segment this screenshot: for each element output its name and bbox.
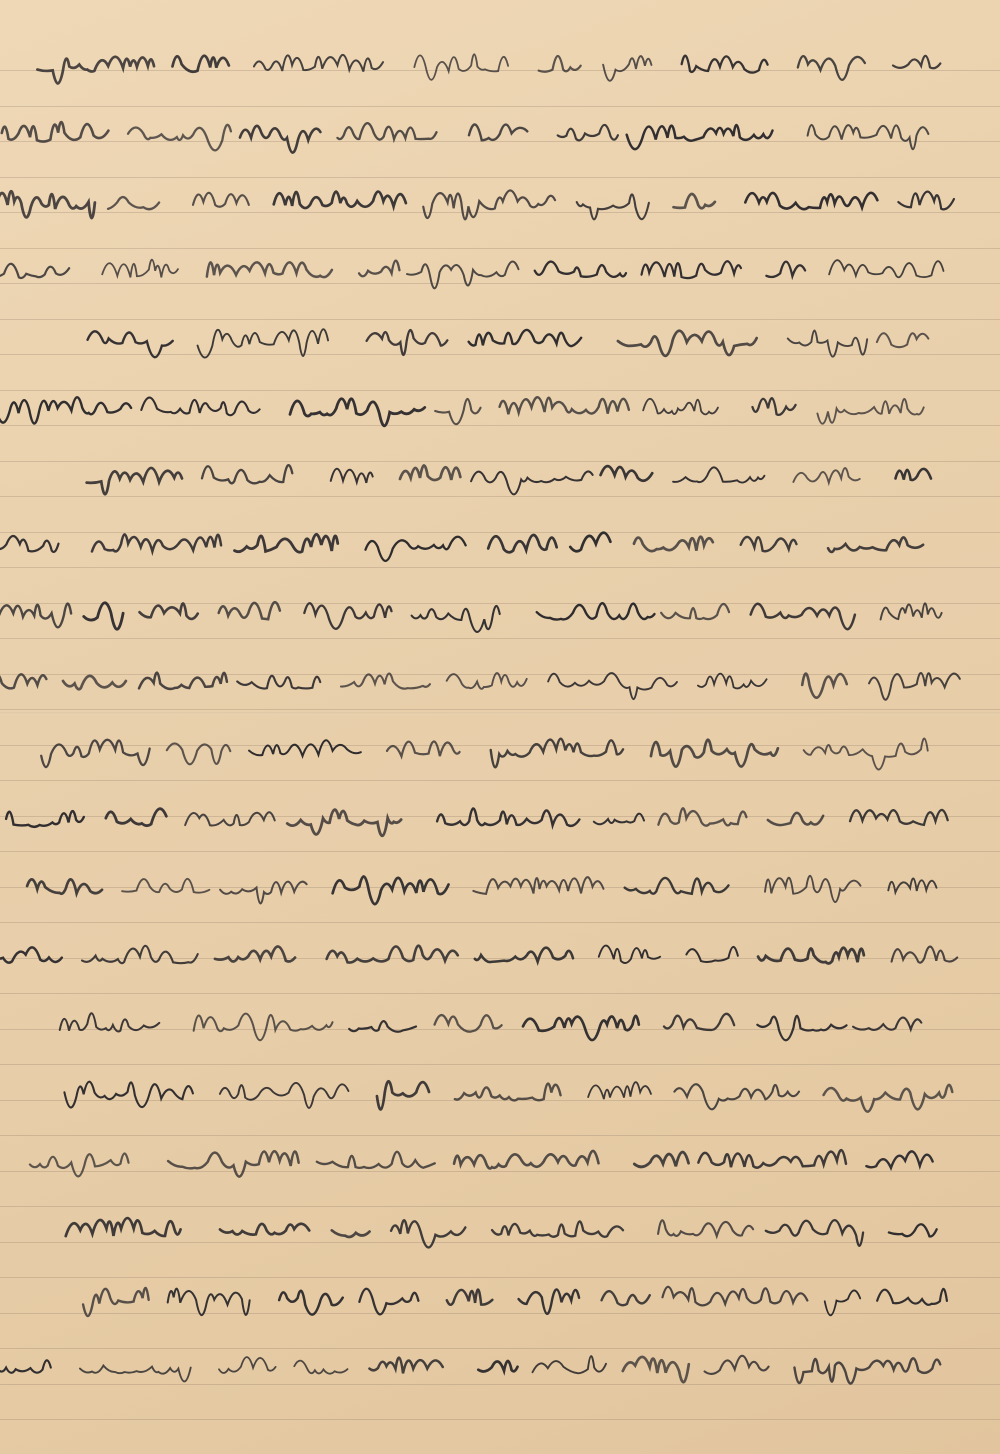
handwritten-word xyxy=(473,877,603,894)
handwritten-word xyxy=(853,1018,921,1030)
handwritten-word xyxy=(202,465,292,483)
handwritten-word xyxy=(87,468,182,494)
handwritten-word xyxy=(391,1220,465,1247)
handwritten-word xyxy=(279,1291,343,1315)
handwritten-word xyxy=(168,1151,299,1176)
handwritten-word xyxy=(220,1224,309,1235)
handwritten-word xyxy=(82,946,198,963)
handwritten-word xyxy=(519,1289,580,1313)
handwritten-word xyxy=(664,1014,734,1030)
handwritten-word xyxy=(66,1218,181,1236)
handwritten-word xyxy=(122,879,209,893)
handwritten-word xyxy=(674,1084,799,1109)
handwritten-word xyxy=(0,397,131,423)
handwritten-word xyxy=(824,1085,953,1112)
handwritten-word xyxy=(877,1289,947,1305)
handwritten-word xyxy=(108,197,159,209)
handwritten-word xyxy=(333,877,449,905)
handwritten-word xyxy=(194,1014,333,1041)
handwritten-word xyxy=(359,261,399,277)
handwritten-word xyxy=(193,193,249,207)
handwritten-word xyxy=(705,1356,769,1374)
handwritten-word xyxy=(219,1357,276,1373)
handwritten-word xyxy=(808,125,929,149)
handwritten-word xyxy=(80,1366,191,1382)
handwritten-word xyxy=(674,194,715,208)
handwritten-word xyxy=(219,602,280,619)
handwritten-word xyxy=(601,466,653,481)
handwritten-word xyxy=(294,1361,347,1374)
handwritten-word xyxy=(658,1220,753,1236)
handwritten-word xyxy=(412,606,500,632)
handwritten-word xyxy=(64,1082,193,1108)
handwritten-word xyxy=(0,947,62,962)
handwritten-word xyxy=(447,673,527,689)
handwritten-word xyxy=(0,191,95,218)
handwritten-word xyxy=(881,603,942,619)
handwritten-word xyxy=(765,876,861,902)
handwritten-word xyxy=(139,603,197,619)
handwritten-word xyxy=(27,879,102,893)
handwritten-word xyxy=(758,948,864,964)
handwritten-word xyxy=(88,331,173,357)
handwritten-word xyxy=(60,1013,160,1031)
handwritten-word xyxy=(367,330,448,355)
handwritten-word xyxy=(198,329,329,357)
handwritten-word xyxy=(63,676,126,689)
handwritten-word xyxy=(673,467,764,482)
handwritten-word xyxy=(794,1358,940,1383)
handwritten-word xyxy=(304,603,391,629)
handwritten-word xyxy=(491,739,623,768)
handwritten-word xyxy=(437,808,579,825)
handwritten-word xyxy=(634,537,713,551)
handwritten-word xyxy=(235,534,338,552)
handwritten-word xyxy=(83,1288,149,1316)
handwritten-word xyxy=(625,878,729,894)
handwritten-word xyxy=(802,674,847,698)
handwritten-word xyxy=(475,948,573,962)
handwritten-word xyxy=(6,811,84,827)
handwritten-word xyxy=(341,674,430,689)
handwriting-ink xyxy=(0,0,1000,1454)
handwritten-word xyxy=(400,465,460,480)
handwritten-word xyxy=(766,262,805,277)
handwritten-word xyxy=(745,193,877,209)
handwritten-word xyxy=(663,1287,808,1306)
letter-page xyxy=(0,0,1000,1454)
handwritten-word xyxy=(84,603,123,629)
handwritten-word xyxy=(642,261,741,278)
handwritten-word xyxy=(828,537,923,552)
handwritten-word xyxy=(287,810,401,836)
handwritten-word xyxy=(337,123,436,139)
handwritten-word xyxy=(634,1152,688,1167)
handwritten-word xyxy=(766,1220,863,1246)
handwritten-word xyxy=(804,739,928,770)
handwritten-word xyxy=(895,469,930,480)
handwritten-word xyxy=(349,1021,416,1032)
handwritten-word xyxy=(274,192,406,208)
handwritten-word xyxy=(877,333,928,347)
handwritten-word xyxy=(454,1151,598,1169)
handwritten-word xyxy=(435,1015,502,1032)
handwritten-word xyxy=(651,740,778,767)
handwritten-word xyxy=(128,125,231,151)
handwritten-word xyxy=(488,535,556,552)
handwritten-word xyxy=(893,56,940,68)
handwritten-word xyxy=(369,1358,442,1374)
handwritten-word xyxy=(37,57,154,84)
handwritten-word xyxy=(537,603,655,619)
handwritten-word xyxy=(469,330,582,346)
handwritten-word xyxy=(0,672,46,688)
handwritten-word xyxy=(447,1290,493,1305)
handwritten-word xyxy=(331,469,373,483)
handwritten-word xyxy=(888,879,936,893)
handwritten-word xyxy=(500,397,629,414)
handwritten-word xyxy=(682,56,768,73)
handwritten-word xyxy=(618,331,757,356)
handwritten-word xyxy=(698,674,767,689)
handwritten-word xyxy=(741,537,797,551)
handwritten-word xyxy=(185,812,275,825)
handwritten-word xyxy=(141,398,259,416)
handwritten-word xyxy=(359,1289,418,1315)
handwritten-word xyxy=(752,398,795,415)
handwritten-word xyxy=(172,56,228,72)
handwritten-word xyxy=(317,1152,435,1168)
handwritten-word xyxy=(240,126,321,153)
handwritten-word xyxy=(532,1356,606,1373)
handwritten-word xyxy=(365,537,465,561)
handwritten-word xyxy=(661,604,729,619)
handwritten-word xyxy=(0,1360,51,1373)
handwritten-word xyxy=(237,676,320,689)
handwritten-word xyxy=(570,533,610,552)
handwritten-word xyxy=(492,1221,623,1236)
handwritten-word xyxy=(168,1289,250,1315)
handwritten-word xyxy=(423,190,555,219)
handwritten-word xyxy=(627,125,773,149)
handwritten-word xyxy=(599,946,660,963)
handwritten-word xyxy=(220,882,307,904)
handwritten-word xyxy=(623,1357,689,1382)
handwritten-word xyxy=(377,1081,429,1109)
handwritten-word xyxy=(817,399,923,424)
handwritten-word xyxy=(0,604,71,628)
handwritten-word xyxy=(523,1016,639,1040)
handwritten-word xyxy=(539,56,581,72)
handwritten-word xyxy=(455,1084,561,1101)
handwritten-word xyxy=(167,743,230,764)
handwritten-word xyxy=(869,673,960,700)
handwritten-word xyxy=(558,125,618,140)
handwritten-word xyxy=(139,673,227,689)
handwritten-word xyxy=(41,740,149,767)
handwritten-word xyxy=(215,947,295,962)
handwritten-word xyxy=(686,947,737,962)
handwritten-word xyxy=(898,192,954,210)
handwritten-word xyxy=(290,399,425,426)
handwritten-word xyxy=(850,810,948,825)
handwritten-word xyxy=(788,330,867,356)
handwritten-word xyxy=(602,1291,650,1305)
handwritten-word xyxy=(387,741,460,756)
handwritten-word xyxy=(594,814,644,825)
handwritten-word xyxy=(658,808,746,825)
handwritten-word xyxy=(249,740,361,756)
handwritten-word xyxy=(829,260,943,277)
handwritten-word xyxy=(0,535,58,552)
handwritten-word xyxy=(220,1083,349,1108)
handwritten-word xyxy=(92,534,221,551)
handwritten-word xyxy=(106,809,166,826)
handwritten-word xyxy=(332,1230,370,1237)
handwritten-word xyxy=(768,813,823,825)
handwritten-word xyxy=(327,946,458,963)
handwritten-word xyxy=(751,604,855,629)
handwritten-word xyxy=(757,1016,846,1040)
handwritten-word xyxy=(698,1150,846,1168)
handwritten-word xyxy=(435,399,480,424)
handwritten-word xyxy=(588,1082,651,1099)
handwritten-word xyxy=(825,1290,860,1315)
handwritten-word xyxy=(793,468,859,483)
handwritten-word xyxy=(254,55,383,72)
handwritten-word xyxy=(548,673,677,699)
handwritten-word xyxy=(889,1224,937,1236)
handwritten-word xyxy=(469,124,527,140)
handwritten-word xyxy=(471,471,593,494)
handwritten-word xyxy=(2,122,109,142)
handwritten-word xyxy=(892,947,958,963)
handwritten-word xyxy=(643,399,718,415)
handwritten-word xyxy=(414,54,508,80)
handwritten-word xyxy=(603,56,651,81)
handwritten-word xyxy=(407,261,518,288)
handwritten-word xyxy=(102,260,178,278)
handwritten-word xyxy=(798,56,865,80)
handwritten-word xyxy=(207,262,332,277)
handwritten-word xyxy=(535,262,626,277)
handwritten-word xyxy=(30,1153,129,1176)
handwritten-word xyxy=(577,194,649,219)
handwritten-word xyxy=(0,264,69,278)
handwritten-word xyxy=(866,1151,932,1168)
handwritten-word xyxy=(478,1361,517,1372)
